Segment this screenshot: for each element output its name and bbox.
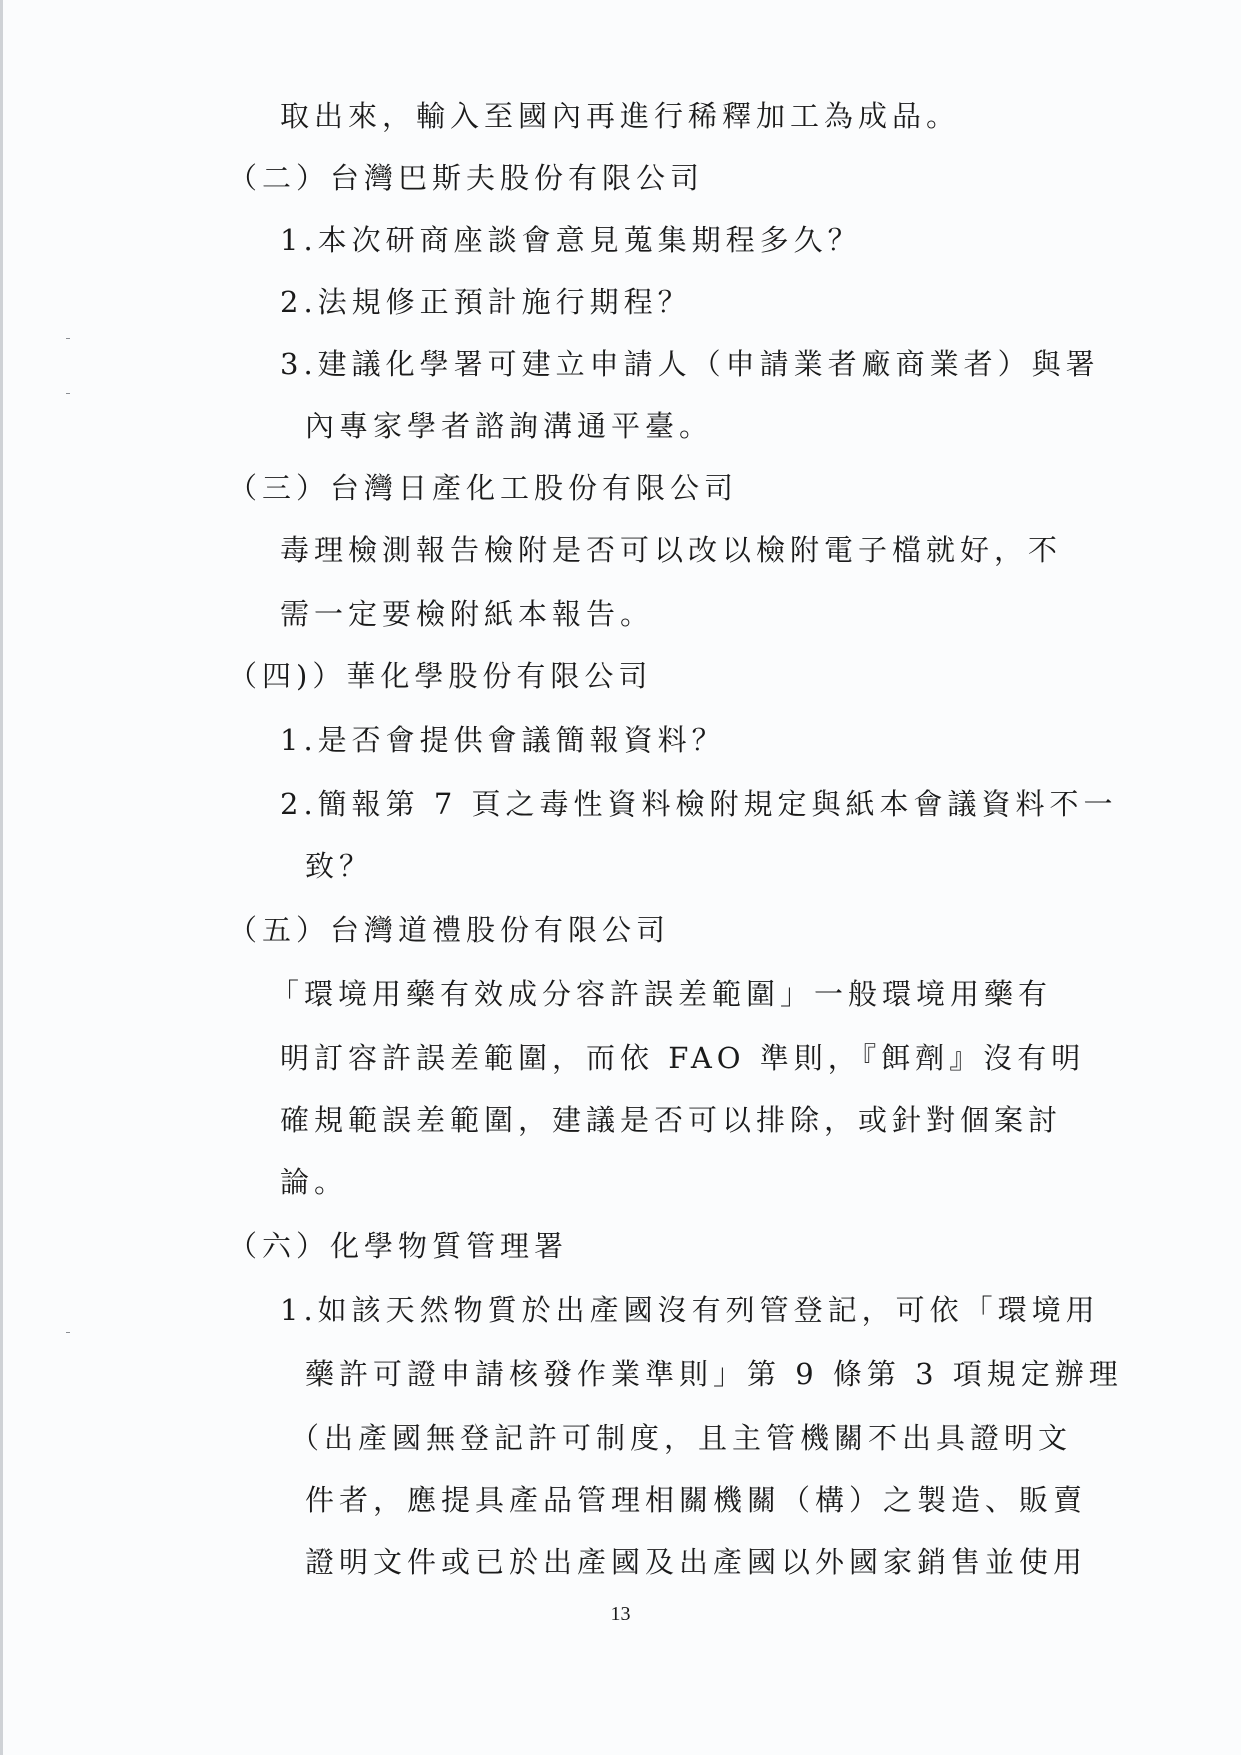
paragraph-line: 致？ — [305, 848, 373, 884]
paragraph-line: 論。 — [280, 1164, 348, 1200]
paragraph-line: 「環境用藥有效成分容許誤差範圍」一般環境用藥有 — [270, 976, 1052, 1012]
paragraph-line: 1.如該天然物質於出產國沒有列管登記，可依「環境用 — [280, 1292, 1100, 1328]
scan-mark — [66, 1332, 70, 1333]
paragraph-line: 2.法規修正預計施行期程？ — [280, 284, 692, 320]
section-heading: （二）台灣巴斯夫股份有限公司 — [228, 160, 704, 196]
paragraph-line: 1.是否會提供會議簡報資料？ — [280, 722, 726, 758]
paragraph-line: 藥許可證申請核發作業準則」第 9 條第 3 項規定辦理 — [305, 1356, 1123, 1392]
paragraph-line: 1.本次研商座談會意見蒐集期程多久？ — [280, 222, 862, 258]
scan-mark — [66, 393, 70, 394]
section-heading: （三）台灣日產化工股份有限公司 — [228, 470, 738, 506]
paragraph-line: 2.簡報第 7 頁之毒性資料檢附規定與紙本會議資料不一 — [280, 786, 1118, 822]
paragraph-line: 取出來，輸入至國內再進行稀釋加工為成品。 — [280, 98, 960, 134]
section-heading: （五）台灣道禮股份有限公司 — [228, 912, 670, 948]
paragraph-line: 需一定要檢附紙本報告。 — [280, 596, 654, 632]
document-page: 取出來，輸入至國內再進行稀釋加工為成品。（二）台灣巴斯夫股份有限公司1.本次研商… — [0, 0, 1241, 1755]
scan-mark — [66, 338, 70, 339]
paragraph-line: 毒理檢測報告檢附是否可以改以檢附電子檔就好，不 — [280, 532, 1062, 568]
scan-edge — [0, 0, 3, 1755]
paragraph-line: 明訂容許誤差範圍，而依 FAO 準則，『餌劑』沒有明 — [280, 1040, 1085, 1076]
paragraph-line: （出產國無登記許可制度，且主管機關不出具證明文 — [290, 1420, 1072, 1456]
page-number: 13 — [0, 1602, 1241, 1626]
paragraph-line: 證明文件或已於出產國及出產國以外國家銷售並使用 — [305, 1544, 1087, 1580]
section-heading: （四)）華化學股份有限公司 — [228, 658, 652, 694]
paragraph-line: 3.建議化學署可建立申請人（申請業者廠商業者）與署 — [280, 346, 1100, 382]
paragraph-line: 內專家學者諮詢溝通平臺。 — [305, 408, 713, 444]
paragraph-line: 件者，應提具產品管理相關機關（構）之製造、販賣 — [305, 1482, 1087, 1518]
section-heading: （六）化學物質管理署 — [228, 1228, 568, 1264]
paragraph-line: 確規範誤差範圍，建議是否可以排除，或針對個案討 — [280, 1102, 1062, 1138]
